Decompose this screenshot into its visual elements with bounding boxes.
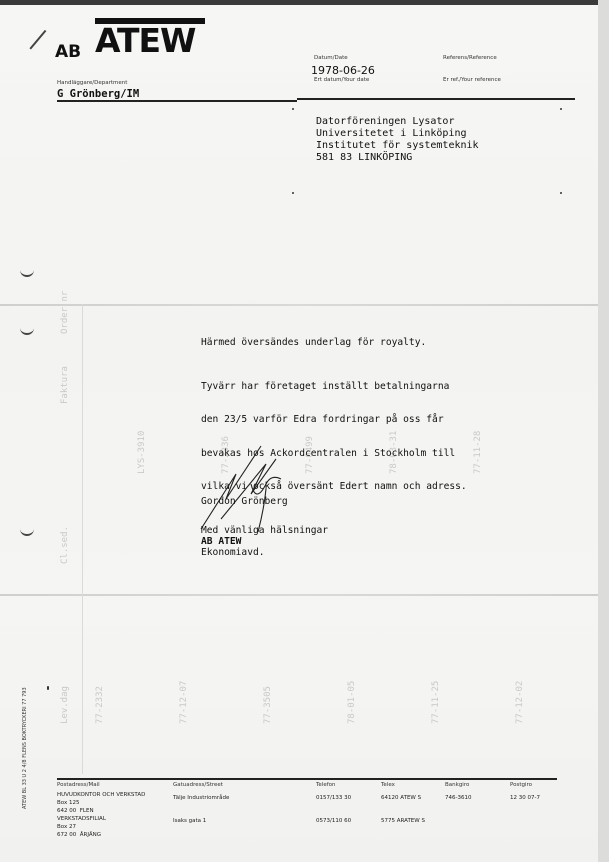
date-label: Datum/Date — [314, 55, 348, 61]
show-through-header: Faktura — [60, 366, 70, 404]
footer-line: Tälje Industriområde — [173, 794, 229, 802]
address-mark — [560, 192, 562, 194]
paragraph-line: Tyvärr har företaget inställt betalninga… — [201, 381, 467, 392]
recipient-address: Datorföreningen Lysator Universitetet i … — [316, 116, 479, 164]
department-label: Handläggare/Department — [57, 80, 127, 86]
footer-line: Isaks gata 1 — [173, 817, 229, 825]
address-line: Universitetet i Linköping — [316, 128, 479, 140]
footer-telex: Telex 64120 ATEW S 5775 ARATEW S — [381, 782, 425, 825]
footer-line: 0157/133 30 — [316, 794, 351, 802]
show-through-fragment: 78-01-05 — [347, 681, 357, 724]
footer-line: VERKSTADSFILIAL — [57, 815, 145, 823]
scan-edge — [0, 0, 609, 5]
print-code: ATEW BL 33 U 2 4/8 FLENS BOKTRYCKERI 77 … — [22, 687, 28, 809]
closing-line: AB ATEW — [201, 536, 467, 547]
margin-mark — [47, 686, 49, 690]
address-mark — [560, 108, 562, 110]
letter-sheet: FakturaOrder nrLev.dagCl.sed.77-2332LYS-… — [0, 4, 598, 862]
show-through-fragment: 77-11-25 — [431, 681, 441, 724]
footer-header: Telex — [381, 782, 425, 788]
show-through-header: Order nr — [60, 291, 70, 334]
footer-line: Box 125 — [57, 799, 145, 807]
department-value: G Grönberg/IM — [57, 88, 139, 100]
footer-line: 642 00 FLEN — [57, 807, 145, 815]
fold-line — [0, 304, 598, 306]
footer-line: 64120 ATEW S — [381, 794, 425, 802]
footer-header: Postgiro — [510, 782, 540, 788]
footer-line: 746-3610 — [445, 794, 471, 802]
footer-rule — [57, 778, 557, 780]
footer-postgiro: Postgiro 12 30 07-7 — [510, 782, 540, 802]
punch-hole — [20, 526, 34, 536]
footer-header: Bankgiro — [445, 782, 471, 788]
header-rule-left — [57, 100, 297, 102]
footer-line: HUVUDKONTOR OCH VERKSTAD — [57, 791, 145, 799]
show-through-fragment: 77-12-02 — [515, 681, 525, 724]
address-line: 581 83 LINKÖPING — [316, 152, 479, 164]
header-rule-right — [297, 98, 575, 100]
fold-line — [0, 594, 598, 596]
show-through-fragment: 77-2332 — [95, 686, 105, 724]
signatory-name: Gordon Grönberg — [201, 496, 288, 507]
footer-line: 0573/110 60 — [316, 817, 351, 825]
footer-street: Gatuadress/Street Tälje Industriområde I… — [173, 782, 229, 825]
footer-header: Telefon — [316, 782, 351, 788]
reference-label: Referens/Reference — [443, 55, 497, 61]
date-value: 1978-06-26 — [311, 64, 375, 77]
address-line: Institutet för systemteknik — [316, 140, 479, 152]
punch-hole — [20, 267, 34, 277]
show-through-fragment: 77-12-07 — [179, 681, 189, 724]
punch-hole — [20, 325, 34, 335]
handwritten-signature — [196, 444, 306, 534]
address-mark — [292, 192, 294, 194]
footer-header: Gatuadress/Street — [173, 782, 229, 788]
show-through-fragment: 77-11-28 — [473, 431, 483, 474]
address-mark — [292, 108, 294, 110]
logo-name: ATEW — [95, 22, 195, 60]
paragraph-line: den 23/5 varför Edra fordringar på oss f… — [201, 414, 467, 425]
footer-line: 672 00 ÅRJÄNG — [57, 831, 145, 839]
logo-prefix: AB — [55, 42, 81, 62]
footer-line: 12 30 07-7 — [510, 794, 540, 802]
footer-phone: Telefon 0157/133 30 0573/110 60 — [316, 782, 351, 825]
scan-edge — [598, 0, 609, 862]
your-date-label: Ert datum/Your date — [314, 77, 369, 83]
show-through-rule — [82, 304, 83, 774]
footer-line: Box 27 — [57, 823, 145, 831]
show-through-fragment: LYS-3910 — [137, 431, 147, 474]
show-through-header: Cl.sed. — [60, 526, 70, 564]
closing-line: Ekonomiavd. — [201, 547, 467, 558]
pen-mark — [29, 30, 46, 49]
show-through-fragment: 77-3505 — [263, 686, 273, 724]
show-through-header: Lev.dag — [60, 686, 70, 724]
footer-line: 5775 ARATEW S — [381, 817, 425, 825]
intro-line: Härmed översändes underlag för royalty. — [201, 337, 467, 348]
footer-mail: Postadress/Mail HUVUDKONTOR OCH VERKSTAD… — [57, 782, 145, 839]
your-reference-label: Er ref./Your reference — [443, 77, 501, 83]
address-line: Datorföreningen Lysator — [316, 116, 479, 128]
footer-header: Postadress/Mail — [57, 782, 145, 788]
footer-bankgiro: Bankgiro 746-3610 — [445, 782, 471, 802]
